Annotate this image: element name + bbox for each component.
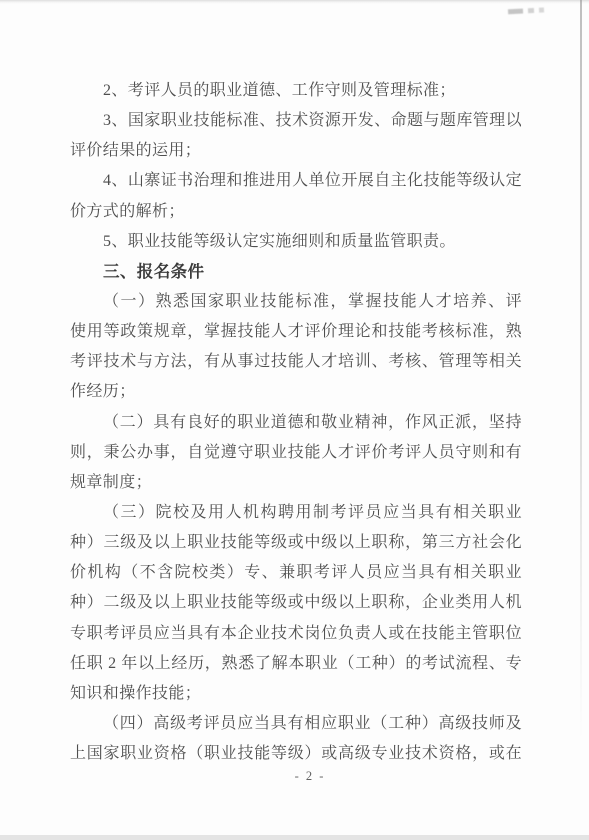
body-line-item-4: 4、山寨证书治理和推进用人单位开展自主化技能等级认定评 — [70, 166, 522, 196]
scan-edge-top — [0, 0, 589, 4]
body-line-item-4-cont: 价方式的解析； — [70, 197, 522, 227]
body-line-cond-1: （一）熟悉国家职业技能标准，掌握技能人才培养、评价、 — [70, 287, 522, 317]
body-line-cond-2: （二）具有良好的职业道德和敬业精神，作风正派，坚持原 — [70, 408, 522, 438]
body-line-cond-2-cont-2: 规章制度； — [70, 468, 522, 498]
body-line-cond-4: （四）高级考评员应当具有相应职业（工种）高级技师及以 — [70, 709, 522, 739]
body-line-item-2: 2、考评人员的职业道德、工作守则及管理标准； — [70, 76, 522, 106]
body-line-item-5: 5、职业技能等级认定实施细则和质量监管职责。 — [70, 227, 522, 257]
body-line-cond-1-cont-3: 作经历； — [70, 377, 522, 407]
scanned-document-page: 2、考评人员的职业道德、工作守则及管理标准； 3、国家职业技能标准、技术资源开发… — [0, 0, 589, 840]
body-line-cond-1-cont-1: 使用等政策规章，掌握技能人才评价理论和技能考核标准，熟悉 — [70, 317, 522, 347]
document-body: 2、考评人员的职业道德、工作守则及管理标准； 3、国家职业技能标准、技术资源开发… — [70, 76, 522, 769]
scan-edge-right — [580, 0, 582, 740]
body-line-cond-3: （三）院校及用人机构聘用制考评员应当具有相关职业（工 — [70, 498, 522, 528]
body-line-cond-3-cont-5: 任职 2 年以上经历，熟悉了解本职业（工种）的考试流程、专业 — [70, 649, 522, 679]
section-heading: 三、报名条件 — [70, 257, 522, 287]
body-line-cond-2-cont-1: 则，秉公办事，自觉遵守职业技能人才评价考评人员守则和有关 — [70, 438, 522, 468]
page-number: - 2 - — [295, 769, 326, 784]
body-line-item-3: 3、国家职业技能标准、技术资源开发、命题与题库管理以及 — [70, 106, 522, 136]
pencil-smudge-mark — [508, 7, 558, 15]
scan-edge-bottom — [0, 835, 589, 840]
body-line-cond-3-cont-3: 种）二级及以上职业技能等级或中级以上职称，企业类用人机构 — [70, 588, 522, 618]
body-line-cond-3-cont-6: 知识和操作技能； — [70, 679, 522, 709]
body-line-cond-3-cont-4: 专职考评员应当具有本企业技术岗位负责人或在技能主管职位上 — [70, 619, 522, 649]
body-line-item-3-cont: 评价结果的运用； — [70, 136, 522, 166]
body-line-cond-4-cont-1: 上国家职业资格（职业技能等级）或高级专业技术资格，或在所 — [70, 739, 522, 769]
body-line-cond-1-cont-2: 考评技术与方法，有从事过技能人才培训、考核、管理等相关工 — [70, 347, 522, 377]
body-line-cond-3-cont-2: 价机构（不含院校类）专、兼职考评人员应当具有相关职业（工 — [70, 558, 522, 588]
body-line-cond-3-cont-1: 种）三级及以上职业技能等级或中级以上职称，第三方社会化评 — [70, 528, 522, 558]
